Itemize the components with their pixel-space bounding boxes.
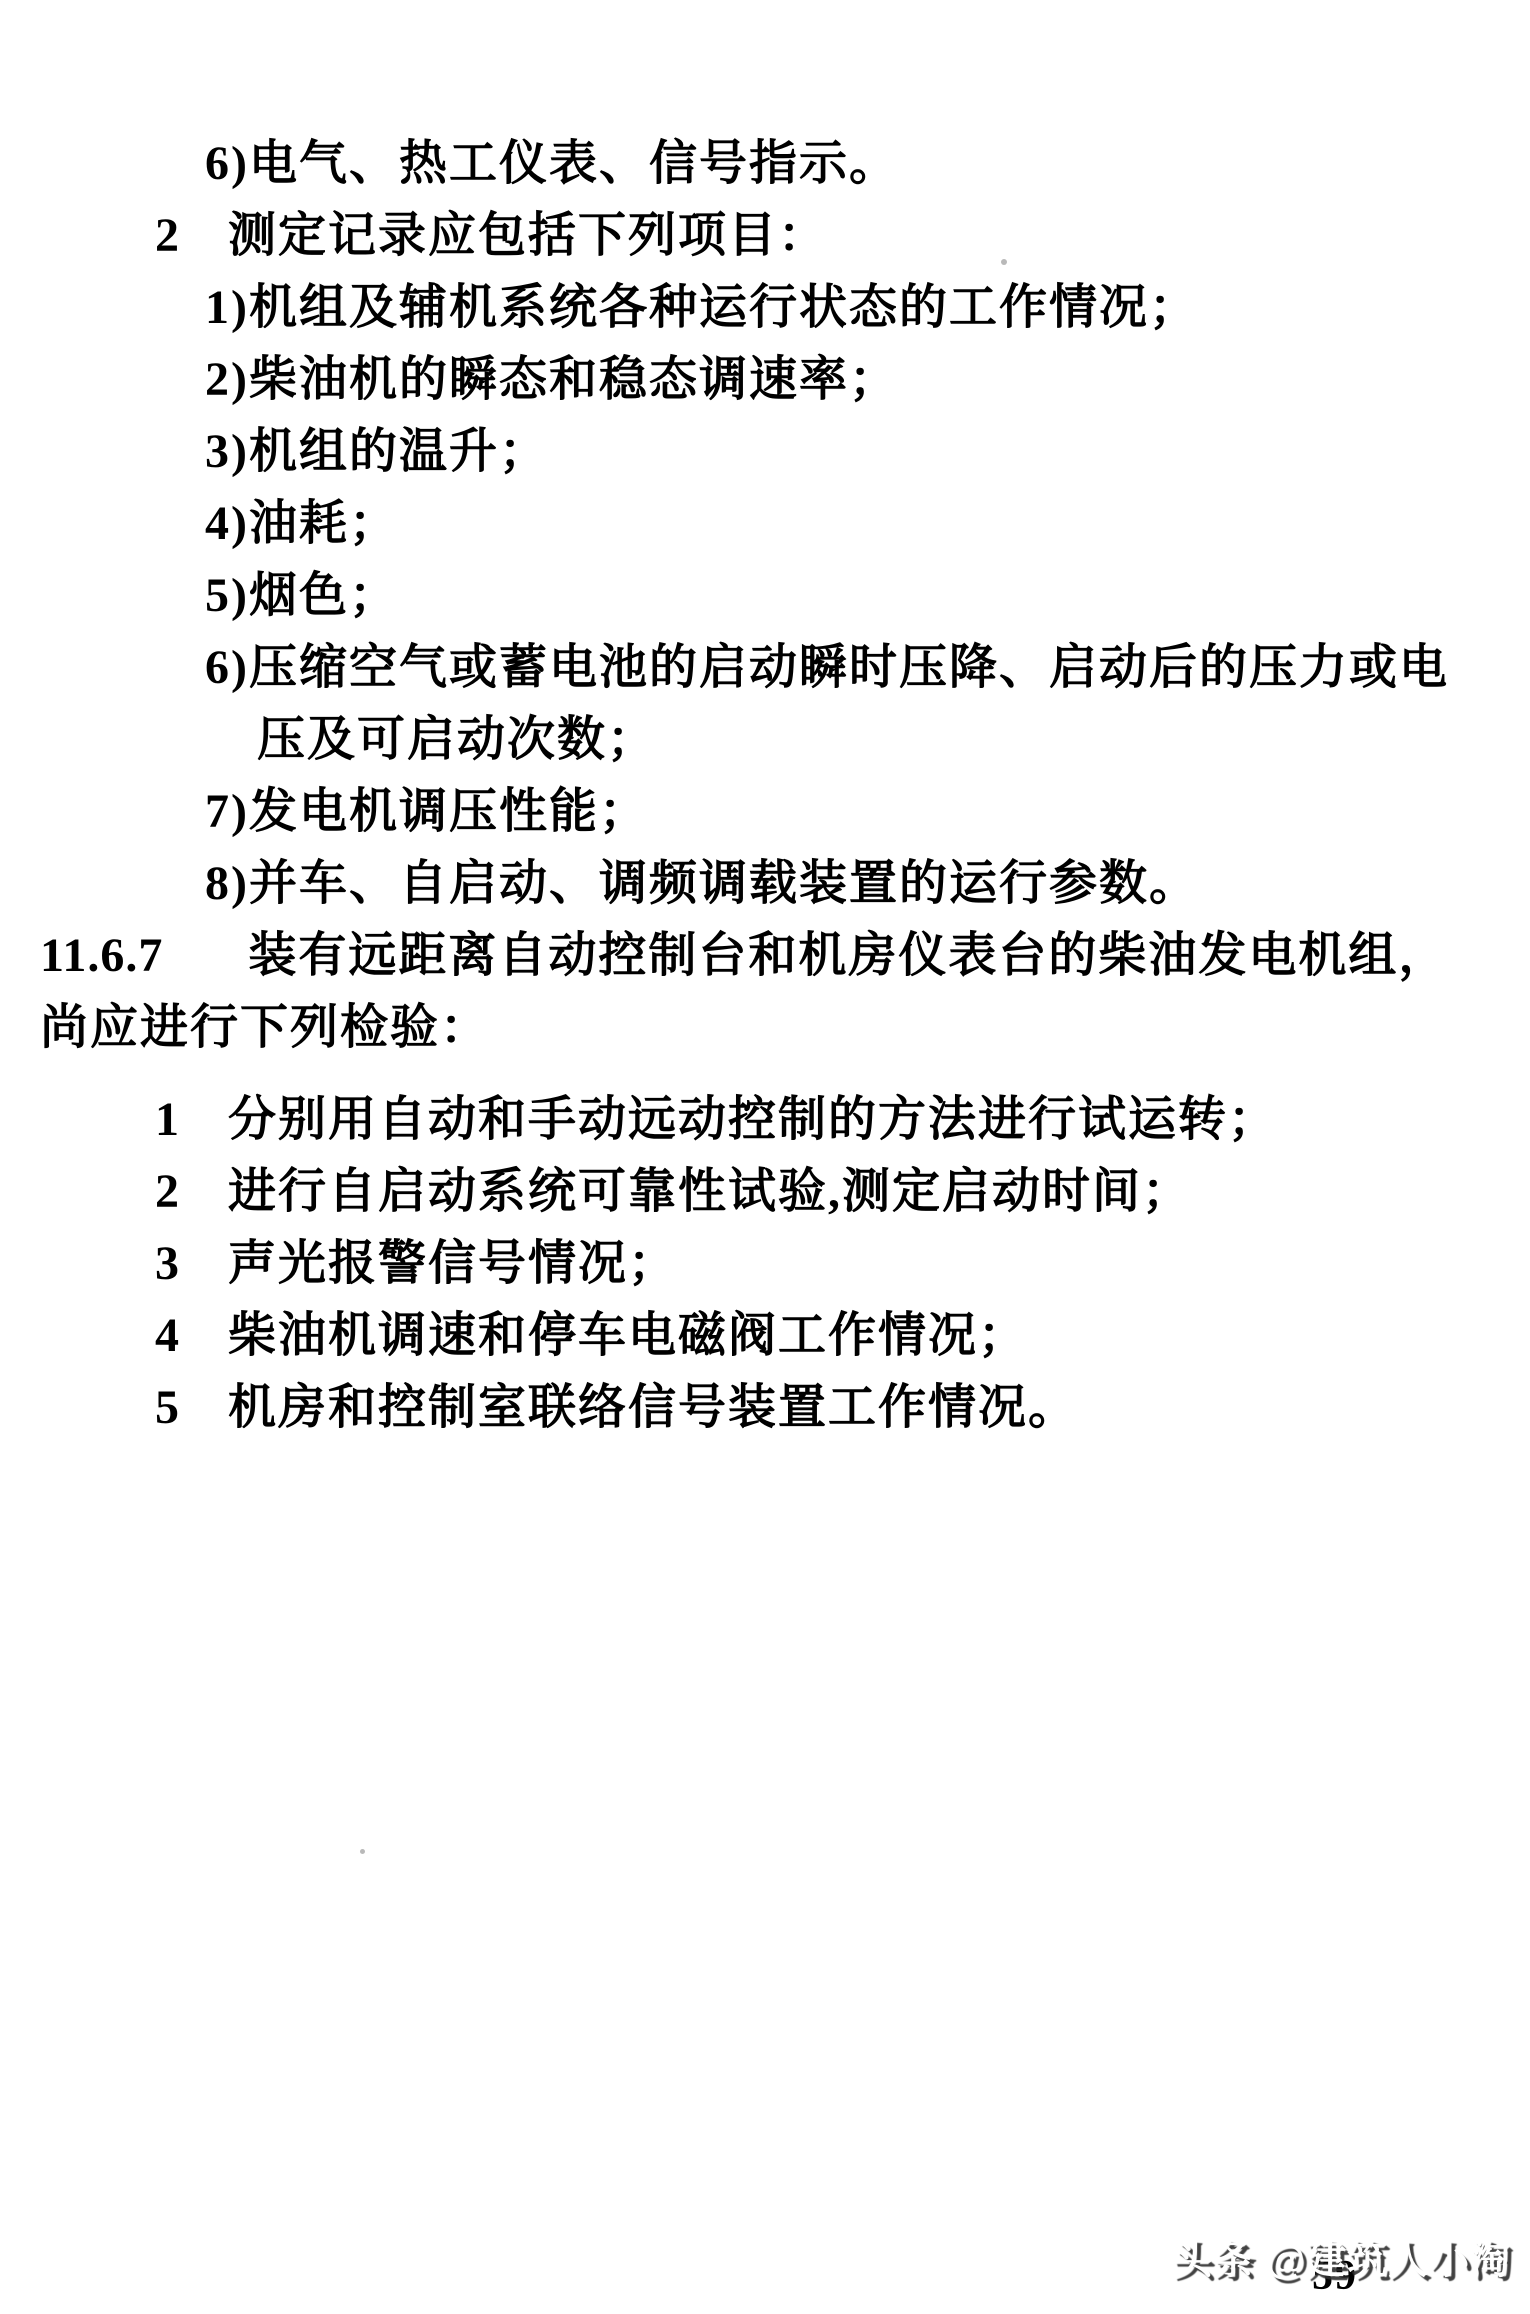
text-line: 1分别用自动和手动远动控制的方法进行试运转； xyxy=(0,1084,1530,1156)
line-text: 6)电气、热工仪表、信号指示。 xyxy=(205,137,899,190)
line-text: 分别用自动和手动远动控制的方法进行试运转； xyxy=(228,1093,1278,1146)
item-number: 2 xyxy=(155,1156,228,1228)
line-text: 装有远距离自动控制台和机房仪表台的柴油发电机组， xyxy=(248,929,1448,982)
text-line: 3)机组的温升； xyxy=(0,416,1530,488)
line-text: 压及可启动次数； xyxy=(257,713,657,766)
text-line: 4)油耗； xyxy=(0,488,1530,560)
text-line: 1)机组及辅机系统各种运行状态的工作情况； xyxy=(0,272,1530,344)
text-line: 压及可启动次数； xyxy=(0,704,1530,776)
text-line: 4柴油机调速和停车电磁阀工作情况； xyxy=(0,1300,1530,1372)
line-text: 柴油机调速和停车电磁阀工作情况； xyxy=(228,1309,1028,1362)
line-text: 机房和控制室联络信号装置工作情况。 xyxy=(228,1381,1078,1434)
scan-noise-speck xyxy=(360,1849,365,1854)
item-number: 1 xyxy=(155,1084,228,1156)
item-number: 5 xyxy=(155,1372,228,1444)
text-line: 7)发电机调压性能； xyxy=(0,776,1530,848)
document-body: 6)电气、热工仪表、信号指示。2测定记录应包括下列项目：1)机组及辅机系统各种运… xyxy=(0,128,1530,1444)
scanned-document-page: 6)电气、热工仪表、信号指示。2测定记录应包括下列项目：1)机组及辅机系统各种运… xyxy=(0,0,1530,2314)
line-text: 8)并车、自启动、调频调载装置的运行参数。 xyxy=(205,857,1199,910)
item-number: 4 xyxy=(155,1300,228,1372)
text-line: 5机房和控制室联络信号装置工作情况。 xyxy=(0,1372,1530,1444)
text-line: 11.6.7装有远距离自动控制台和机房仪表台的柴油发电机组， xyxy=(0,920,1530,992)
line-text: 7)发电机调压性能； xyxy=(205,785,649,838)
line-text: 1)机组及辅机系统各种运行状态的工作情况； xyxy=(205,281,1199,334)
line-text: 测定记录应包括下列项目： xyxy=(228,209,828,262)
text-line: 尚应进行下列检验： xyxy=(0,992,1530,1064)
line-text: 2)柴油机的瞬态和稳态调速率； xyxy=(205,353,899,406)
text-line: 2测定记录应包括下列项目： xyxy=(0,200,1530,272)
item-number: 11.6.7 xyxy=(40,920,163,992)
scan-noise-speck xyxy=(1001,259,1007,265)
text-line: 2)柴油机的瞬态和稳态调速率； xyxy=(0,344,1530,416)
text-line: 8)并车、自启动、调频调载装置的运行参数。 xyxy=(0,848,1530,920)
text-line: 6)压缩空气或蓄电池的启动瞬时压降、启动后的压力或电 xyxy=(0,632,1530,704)
text-line: 5)烟色； xyxy=(0,560,1530,632)
item-number: 2 xyxy=(155,200,228,272)
text-line: 6)电气、热工仪表、信号指示。 xyxy=(0,128,1530,200)
line-text: 4)油耗； xyxy=(205,497,399,550)
item-number: 3 xyxy=(155,1228,228,1300)
line-text: 进行自启动系统可靠性试验,测定启动时间； xyxy=(228,1165,1192,1218)
text-line: 3声光报警信号情况； xyxy=(0,1228,1530,1300)
line-text: 尚应进行下列检验： xyxy=(40,1001,490,1054)
line-text: 3)机组的温升； xyxy=(205,425,549,478)
text-line: 2进行自启动系统可靠性试验,测定启动时间； xyxy=(0,1156,1530,1228)
watermark: 头条 @建筑人小淘 xyxy=(1172,2228,1511,2285)
line-text: 6)压缩空气或蓄电池的启动瞬时压降、启动后的压力或电 xyxy=(205,641,1449,694)
line-text: 声光报警信号情况； xyxy=(228,1237,678,1290)
line-text: 5)烟色； xyxy=(205,569,399,622)
